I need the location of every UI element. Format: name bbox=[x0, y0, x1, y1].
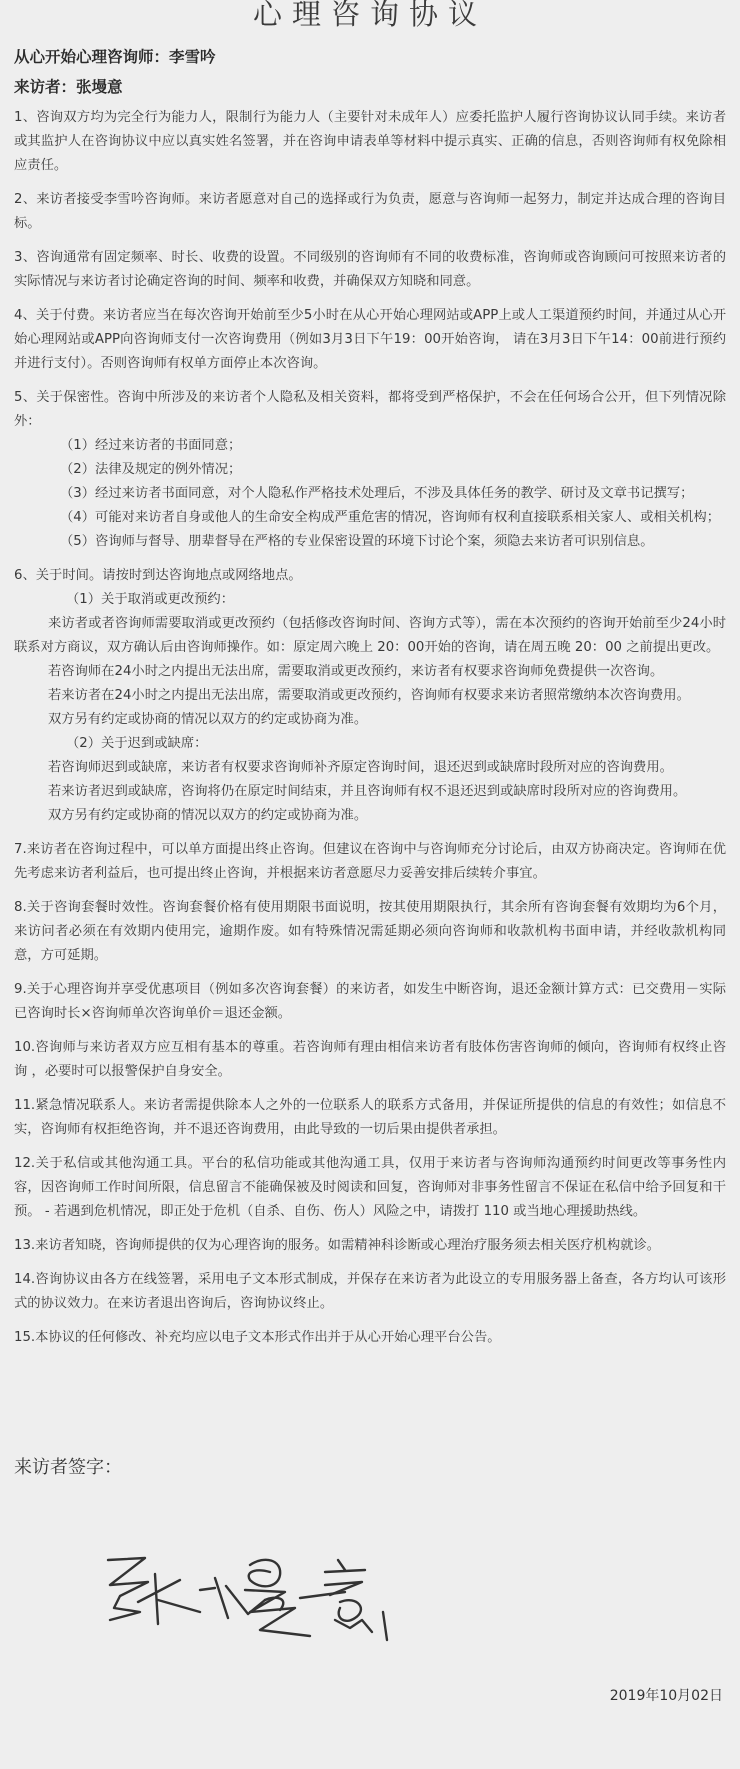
clause-6-sub2-item: 若来访者迟到或缺席，咨询将仍在原定时间结束，并且咨询师有权不退还迟到或缺席时段所… bbox=[14, 780, 726, 804]
clause-14: 14.咨询协议由各方在线签署，采用电子文本形式制成，并保存在来访者为此设立的专用… bbox=[14, 1268, 726, 1316]
visitor-line: 来访者：张墁意 bbox=[14, 77, 123, 97]
clause-6-sub2-title: （2）关于迟到或缺席： bbox=[14, 732, 726, 756]
clause-12: 12.关于私信或其他沟通工具。平台的私信功能或其他沟通工具，仅用于来访者与咨询师… bbox=[14, 1152, 726, 1224]
clause-5-item: （1）经过来访者的书面同意； bbox=[14, 434, 726, 458]
counselor-label: 从心开始心理咨询师： bbox=[14, 48, 169, 66]
clause-6-sub1-item: 若来访者在24小时之内提出无法出席，需要取消或更改预约，咨询师有权要求来访者照常… bbox=[14, 684, 726, 708]
clause-5-intro: 5、关于保密性。咨询中所涉及的来访者个人隐私及相关资料，都将受到严格保护，不会在… bbox=[14, 386, 726, 434]
clause-6-sub1-title: （1）关于取消或更改预约： bbox=[14, 588, 726, 612]
clause-2: 2、来访者接受李雪吟咨询师。来访者愿意对自己的选择或行为负责，愿意与咨询师一起努… bbox=[14, 188, 726, 236]
handwritten-signature bbox=[100, 1540, 420, 1650]
clause-9: 9.关于心理咨询并享受优惠项目（例如多次咨询套餐）的来访者，如发生中断咨询，退还… bbox=[14, 978, 726, 1026]
clause-10: 10.咨询师与来访者双方应互相有基本的尊重。若咨询师有理由相信来访者有肢体伤害咨… bbox=[14, 1036, 726, 1084]
clause-7: 7.来访者在咨询过程中，可以单方面提出终止咨询。但建议在咨询中与咨询师充分讨论后… bbox=[14, 838, 726, 886]
document-title: 心理咨询协议 bbox=[0, 0, 740, 32]
clause-15: 15.本协议的任何修改、补充均应以电子文本形式作出并于从心开始心理平台公告。 bbox=[14, 1326, 726, 1350]
counselor-line: 从心开始心理咨询师：李雪吟 bbox=[14, 47, 216, 67]
clause-6-sub1-item: 来访者或者咨询师需要取消或更改预约（包括修改咨询时间、咨询方式等），需在本次预约… bbox=[14, 612, 726, 660]
clause-1: 1、咨询双方均为完全行为能力人，限制行为能力人（主要针对未成年人）应委托监护人履… bbox=[14, 106, 726, 178]
clause-5-item: （2）法律及规定的例外情况； bbox=[14, 458, 726, 482]
clause-11: 11.紧急情况联系人。来访者需提供除本人之外的一位联系人的联系方式备用，并保证所… bbox=[14, 1094, 726, 1142]
clause-5-item: （3）经过来访者书面同意，对个人隐私作严格技术处理后，不涉及具体任务的教学、研讨… bbox=[14, 482, 726, 506]
clause-5-item: （5）咨询师与督导、朋辈督导在严格的专业保密设置的环境下讨论个案，须隐去来访者可… bbox=[14, 530, 726, 554]
visitor-name: 张墁意 bbox=[76, 78, 123, 96]
signing-date: 2019年10月02日 bbox=[610, 1686, 723, 1706]
clause-6-sub2-item: 双方另有约定或协商的情况以双方的约定或协商为准。 bbox=[14, 804, 726, 828]
clause-6-sub1-item: 双方另有约定或协商的情况以双方的约定或协商为准。 bbox=[14, 708, 726, 732]
clause-6-intro: 6、关于时间。请按时到达咨询地点或网络地点。 bbox=[14, 564, 726, 588]
visitor-label: 来访者： bbox=[14, 78, 76, 96]
clause-6-sub2-item: 若咨询师迟到或缺席，来访者有权要求咨询师补齐原定咨询时间，退还迟到或缺席时段所对… bbox=[14, 756, 726, 780]
agreement-body: 1、咨询双方均为完全行为能力人，限制行为能力人（主要针对未成年人）应委托监护人履… bbox=[14, 106, 726, 1360]
clause-8: 8.关于咨询套餐时效性。咨询套餐价格有使用期限书面说明，按其使用期限执行，其余所… bbox=[14, 896, 726, 968]
clause-4: 4、关于付费。来访者应当在每次咨询开始前至少5小时在从心开始心理网站或APP上或… bbox=[14, 304, 726, 376]
counselor-name: 李雪吟 bbox=[169, 48, 216, 66]
signature-label: 来访者签字： bbox=[14, 1456, 122, 1480]
clause-5-item: （4）可能对来访者自身或他人的生命安全构成严重危害的情况，咨询师有权利直接联系相… bbox=[14, 506, 726, 530]
clause-6-sub1-item: 若咨询师在24小时之内提出无法出席，需要取消或更改预约，来访者有权要求咨询师免费… bbox=[14, 660, 726, 684]
clause-13: 13.来访者知晓，咨询师提供的仅为心理咨询的服务。如需精神科诊断或心理治疗服务须… bbox=[14, 1234, 726, 1258]
clause-3: 3、咨询通常有固定频率、时长、收费的设置。不同级别的咨询师有不同的收费标准，咨询… bbox=[14, 246, 726, 294]
